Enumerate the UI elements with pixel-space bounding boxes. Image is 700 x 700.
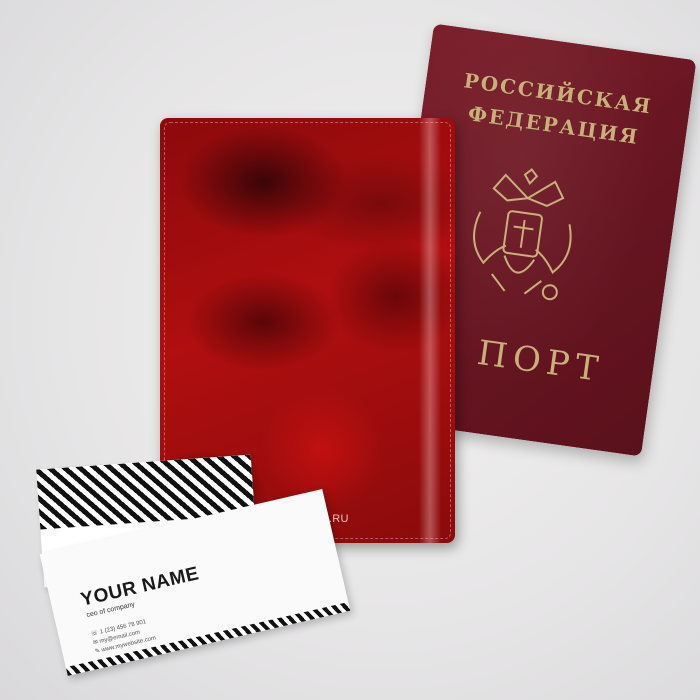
cover-gloss [419, 118, 441, 543]
passport-word: ПОРТ [426, 326, 654, 397]
card-name: YOUR NAME [79, 563, 201, 612]
double-headed-eagle-icon [448, 150, 598, 317]
product-photo: РОССИЙСКАЯ ФЕДЕРАЦИЯ ПОРТ SIMA-LAND.RU [0, 0, 700, 700]
